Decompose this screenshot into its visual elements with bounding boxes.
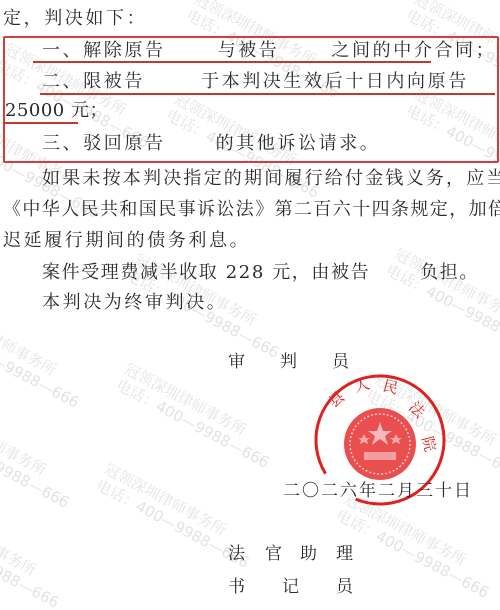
svg-text:民: 民	[381, 376, 400, 397]
ruling-text: 的其他诉讼请求。	[216, 133, 381, 154]
watermark-text: 冠领深圳律师事务所	[0, 400, 80, 496]
watermark-text: 电话：400—9988—666	[0, 516, 62, 610]
svg-text:县: 县	[325, 388, 348, 411]
underline	[33, 61, 431, 63]
underline	[40, 93, 495, 95]
ruling-text: 二、限被告	[42, 71, 145, 92]
ruling-text: 三、驳回原告	[42, 133, 166, 154]
sig-char: 官	[265, 544, 282, 564]
watermark-text: 电话：400—9988—666	[113, 376, 272, 472]
watermark-text: 电话：400—9988—666	[0, 416, 72, 512]
paragraph-text: 负担。	[420, 262, 479, 283]
svg-text:法: 法	[405, 398, 429, 422]
judge-signature-label: 审 判 员	[228, 352, 358, 372]
ruling-item-3: 三、驳回原告的其他诉讼请求。	[42, 133, 380, 155]
paragraph: 迟延履行期间的债务利息。	[3, 230, 250, 252]
paragraph: 本判决为终审判决。	[42, 292, 227, 314]
watermark-text: 冠领深圳律师事务所	[0, 300, 90, 396]
watermark: 冠领深圳律师事务所 电话：400—9988—666	[0, 500, 70, 610]
watermark: 冠领深圳律师事务所 电话：400—9988—666	[0, 300, 90, 412]
sig-char: 法	[228, 544, 245, 564]
clerk-signature-label: 书 记 员	[228, 577, 358, 597]
ruling-item-1: 一、解除原告与被告之间的中介合同；	[42, 40, 496, 62]
watermark-text: 冠领深圳律师事务所	[122, 360, 281, 456]
sig-char: 书	[228, 577, 245, 597]
sig-char: 判	[280, 352, 297, 372]
watermark-text: 电话：400—9988—666	[0, 316, 82, 412]
ruling-text: 一、解除原告	[42, 40, 166, 61]
sig-char: 助	[300, 544, 317, 564]
ruling-item-2: 二、限被告于本判决生效后十日内向原告返还	[42, 71, 500, 93]
sig-char: 理	[336, 544, 353, 564]
sig-char: 员	[332, 352, 349, 372]
paragraph-text: 案件受理费减半收取 228 元，由被告	[42, 262, 370, 283]
svg-text:院: 院	[418, 434, 439, 453]
ruling-text: 于本判决生效后十日内向原告	[201, 71, 469, 92]
ruling-item-2-amount: 25000 元；	[5, 100, 108, 122]
judgment-document: 冠领深圳律师事务所 电话：400—9988—666 冠领深圳律师事务所 电话：4…	[0, 0, 500, 610]
underline	[4, 122, 78, 124]
sig-char: 审	[228, 352, 245, 372]
watermark: 冠领深圳律师事务所 电话：400—9988—666	[113, 360, 280, 472]
ruling-text: 之间的中介合同；	[331, 40, 496, 61]
watermark-text: 冠领深圳律师事务所	[392, 245, 500, 341]
watermark: 冠领深圳律师事务所 电话：400—9988—666	[0, 400, 80, 512]
sig-char: 员	[336, 577, 353, 597]
paragraph: 案件受理费减半收取 228 元，由被告负担。	[42, 262, 479, 284]
paragraph: 《中华人民共和国民事诉讼法》第二百六十四条规定，加倍支付	[3, 199, 500, 221]
watermark-text: 冠领深圳律师事务所	[0, 500, 70, 596]
watermark-text: 冠领深圳律师事务所	[102, 460, 261, 556]
assistant-signature-label: 法 官 助 理	[228, 544, 358, 564]
paragraph: 如果未按本判决指定的期间履行给付金钱义务，应当依照	[42, 168, 500, 190]
heading-fragment: 定，判决如下：	[3, 8, 147, 30]
ruling-text: 与被告	[218, 40, 280, 61]
judgment-date: 二〇二六年二月三十日	[283, 481, 473, 501]
sig-char: 记	[282, 577, 299, 597]
